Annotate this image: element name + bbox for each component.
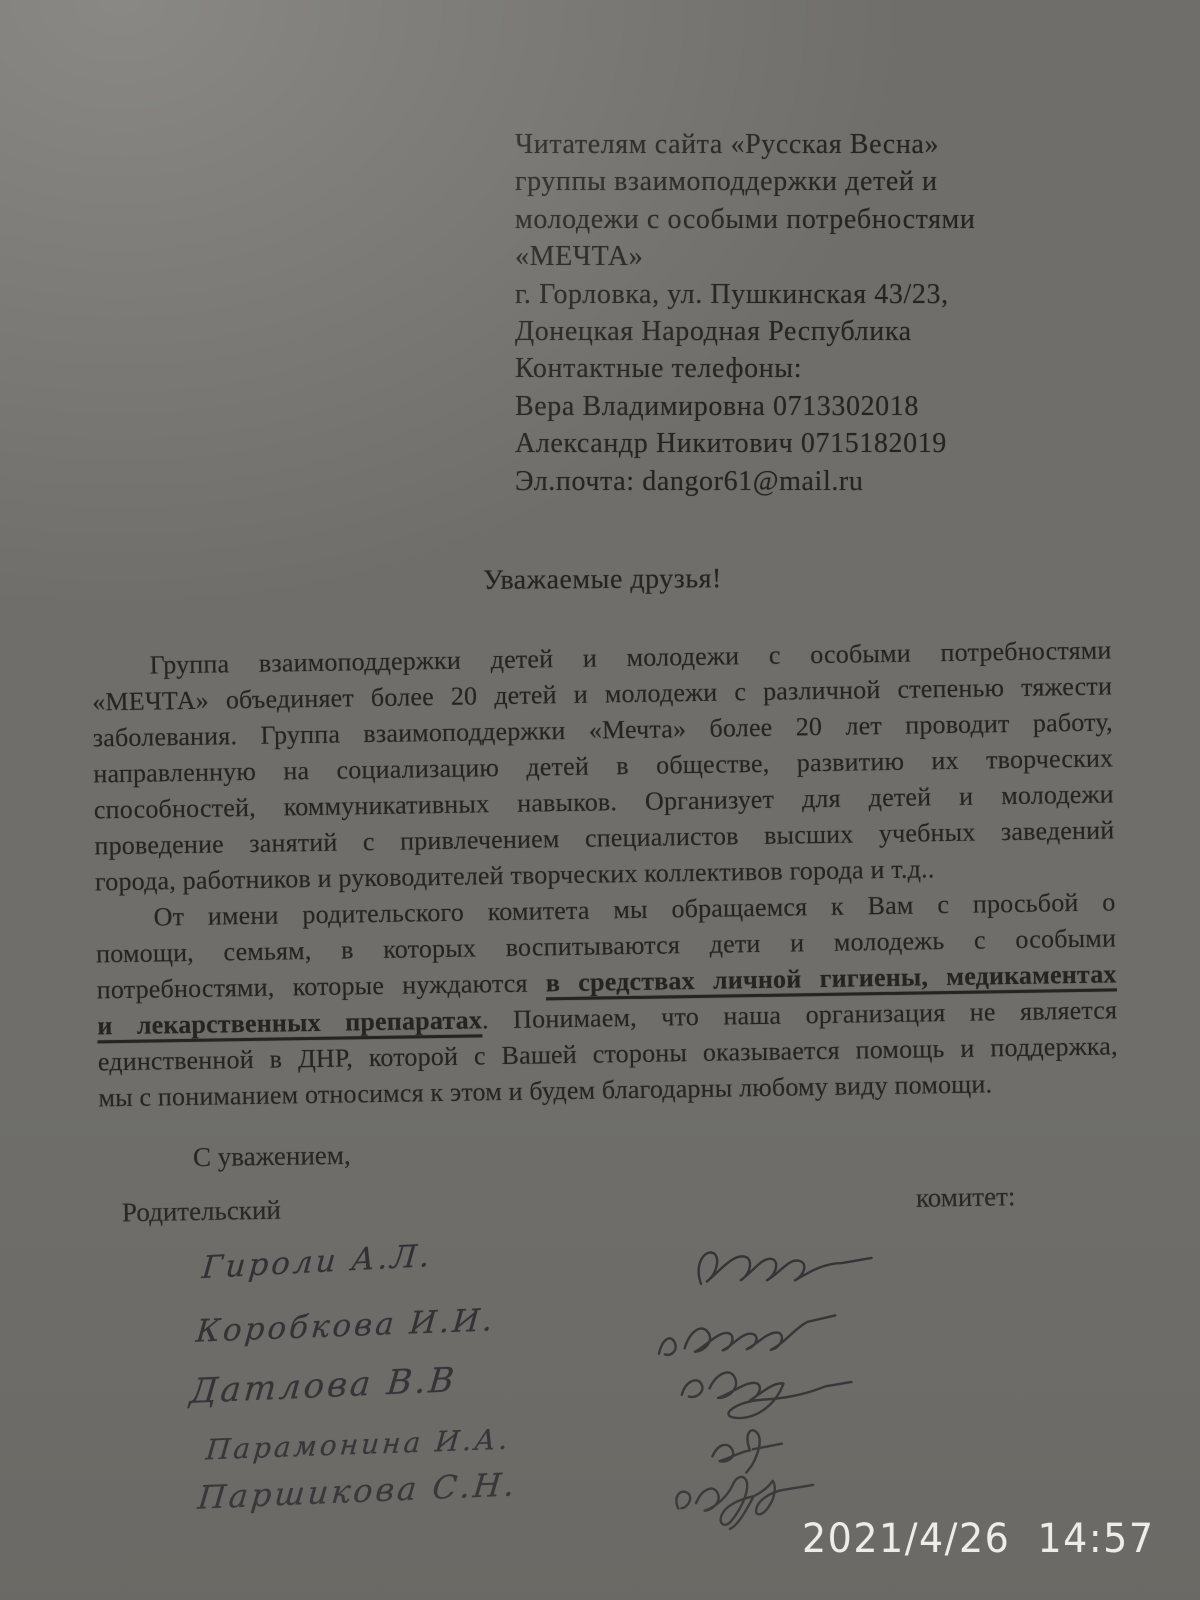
closing-komitet-label: комитет: <box>916 1181 1016 1214</box>
letter-body: Группа взаимоподдержки детей и молодежи … <box>91 632 1118 1116</box>
signature-name: Паршикова С.Н. <box>196 1465 519 1517</box>
letter-photo: Читателям сайта «Русская Весна» группы в… <box>0 0 1200 1600</box>
camera-timestamp: 2021/4/26 14:57 <box>802 1515 1155 1562</box>
header-line: «МЕЧТА» <box>515 238 1015 275</box>
header-line: г. Горловка, ул. Пушкинская 43/23, <box>515 276 1015 313</box>
salutation: Уважаемые друзья! <box>95 560 1110 599</box>
letter-text: потребностями, которые нуждаются <box>97 968 547 1004</box>
header-line: Вера Владимировна 0713302018 <box>515 388 1015 425</box>
closing-roditelsky-label: Родительский <box>122 1195 281 1229</box>
header-line: Донецкая Народная Республика <box>515 313 1015 350</box>
signature-name: Коробкова И.И. <box>195 1302 497 1350</box>
closing-with-respect: С уважением, <box>193 1140 351 1173</box>
signature-name: Парамонина И.А. <box>205 1423 512 1467</box>
letter-header: Читателям сайта «Русская Весна» группы в… <box>515 126 1015 500</box>
header-line: Читателям сайта «Русская Весна» <box>515 126 1015 163</box>
header-line: Контактные телефоны: <box>515 350 1015 387</box>
letter-text-bold-underlined: в средствах личной гигиены, медикаментах <box>546 959 1117 997</box>
letter-text: . Понимаем, что наша организация не явля… <box>482 995 1118 1034</box>
signature-scribble <box>688 1229 882 1302</box>
signature-name: Датлова В.В <box>188 1360 459 1412</box>
letter-text-bold-underlined: и лекарственных препаратах <box>97 1005 482 1040</box>
header-line: группы взаимоподдержки детей и <box>515 163 1015 200</box>
header-line: Эл.почта: dangor61@mail.ru <box>515 463 1015 500</box>
header-line: Александр Никитович 0715182019 <box>515 425 1015 462</box>
header-line: молодежи с особыми потребностями <box>515 201 1015 238</box>
signature-name: Гироли А.Л. <box>201 1238 434 1286</box>
